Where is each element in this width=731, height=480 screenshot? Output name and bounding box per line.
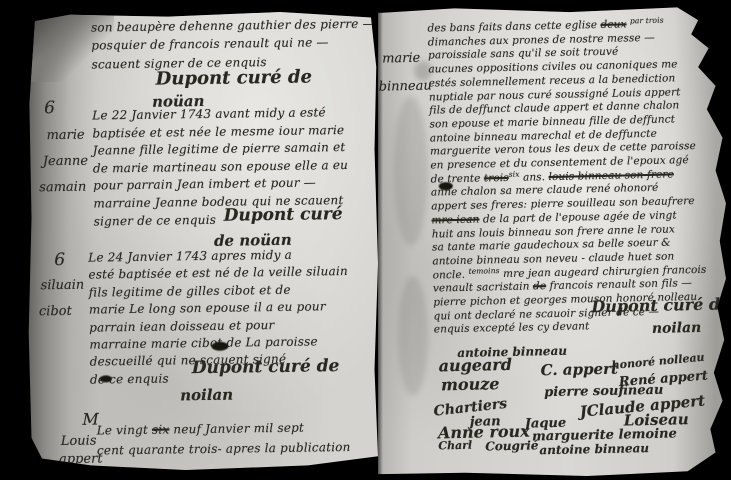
text-line: marie Le long son epouse il a eu pour [89, 298, 349, 319]
struck-word: de [533, 280, 546, 292]
priest-signature: Dupont curé de [591, 294, 730, 316]
inserted-word: par trois [630, 15, 664, 25]
inserted-word: six [509, 169, 520, 178]
margin-name: Jeanne [43, 154, 88, 170]
left-page: son beaupère dehenne gauthier des pierre… [28, 12, 378, 470]
text-segment: neuf Janvier mil sept [169, 421, 304, 437]
witness-signature: Cougrié [485, 438, 538, 453]
struck-words: mre iean [431, 213, 479, 226]
witness-signature: C. appert [541, 360, 619, 380]
text-line: cent quarante trois- apres la publicatio… [97, 437, 351, 461]
margin-entry-number: 6 [54, 250, 65, 270]
margin-name: marie [382, 51, 420, 67]
priest-signature: Dupont curé de [156, 66, 313, 89]
witness-signature: Charl [438, 439, 472, 453]
margin-name: cibot [39, 304, 72, 319]
text-segment: ans. [519, 171, 548, 184]
priest-signature: noilan [180, 386, 233, 405]
priest-signature: Dupont curé [224, 204, 343, 226]
marriage-record: des bans faits dans cette eglise deux pa… [427, 17, 707, 338]
inserted-word: temoins [468, 266, 499, 276]
marriage-entry-start: Le vingt six neuf Janvier mil sept cent … [96, 417, 350, 461]
register-scan: son beaupère dehenne gauthier des pierre… [0, 0, 731, 480]
text-line: esté baptisée et est né de la veille sil… [88, 263, 348, 284]
text-segment: francois renault son fils — [546, 277, 692, 292]
struck-word: trois [484, 172, 509, 185]
priest-signature: Dupont curé de [192, 356, 340, 378]
margin-name: samain [39, 180, 86, 196]
right-page: marie binneau des bans faits dans cette … [378, 6, 726, 476]
margin-name: siluain [41, 278, 85, 294]
text-segment: Le vingt [97, 423, 153, 438]
baptism-entry-continuation: son beaupère dehenne gauthier des pierre… [91, 15, 376, 74]
margin-name: marie [46, 128, 84, 144]
margin-name: Louis [61, 434, 97, 449]
witness-signature: mouze [441, 374, 500, 394]
witness-signature: augeard [438, 355, 512, 376]
margin-name: binneau [379, 78, 432, 94]
struck-word: six [152, 422, 170, 436]
struck-words: louis binneau son frere [548, 168, 673, 183]
text-segment: venault sacristain [433, 281, 533, 295]
margin-entry-number: 6 [44, 98, 55, 118]
text-segment: de trente [431, 172, 485, 185]
priest-signature: noilan [652, 320, 702, 337]
text-segment: des bans faits dans cette eglise [427, 19, 600, 35]
struck-word: deux [600, 18, 626, 31]
witness-signature: antoine binneau [539, 441, 649, 457]
text-segment: oncle. [433, 268, 469, 281]
